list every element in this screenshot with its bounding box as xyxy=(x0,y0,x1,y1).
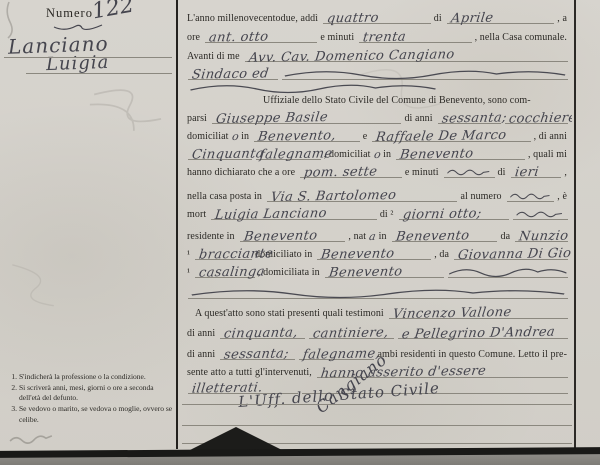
footnote-text: S'indicherà la professione o la condizio… xyxy=(19,372,174,382)
act-line: parsiGiuseppe Basiledi annisessanta;cocc… xyxy=(186,108,570,126)
pencil-scribble xyxy=(2,0,16,40)
blank-line: sessanta; xyxy=(220,344,295,360)
handwritten-entry: e Pellegrino D'Andrea xyxy=(401,325,556,343)
blank-line: Luigia Lanciano xyxy=(211,204,377,220)
blank-line: quattro xyxy=(323,8,431,24)
footnote-item: 1.S'indicherà la professione o la condiz… xyxy=(6,372,174,382)
handwritten-entry: quattro xyxy=(326,11,380,27)
blank-line: falegname xyxy=(256,144,320,160)
handwritten-entry: Via S. Bartolomeo xyxy=(270,188,397,205)
handwritten-entry: Giovanna Di Gio xyxy=(457,246,572,263)
printed-text: , quali mi xyxy=(527,149,570,162)
handwritten-entry: Vincenzo Vallone xyxy=(392,305,513,322)
handwritten-entry: Benevento xyxy=(328,264,403,280)
handwritten-entry: Benevento, xyxy=(257,128,337,144)
blank-line: Cinquanta xyxy=(188,144,252,160)
printed-text: L'anno millenovecentodue, addì xyxy=(186,13,321,26)
blank-line: Benevento xyxy=(240,226,346,242)
handwritten-entry: Aprile xyxy=(450,11,494,27)
printed-text: in xyxy=(378,231,390,244)
act-line: hanno dichiarato che a orepom. settee mi… xyxy=(186,162,570,180)
printed-text: di xyxy=(433,13,445,26)
handwritten-entry: Benevento xyxy=(243,228,318,244)
act-line: ¹casalinga, domiciliata inBenevento xyxy=(186,262,570,280)
blank-line: Vincenzo Vallone xyxy=(389,303,568,319)
blank-line: Raffaele De Marco xyxy=(372,126,530,142)
blank-line: Giuseppe Basile xyxy=(212,108,402,124)
footnote-item: 2.Si scriverà anni, mesi, giorni o ore a… xyxy=(6,383,174,403)
handwritten-entry: cantiniere, xyxy=(312,325,389,341)
printed-text: , a xyxy=(556,13,570,26)
numero-label: Numero xyxy=(46,6,93,21)
handwritten-entry: Luigia Lanciano xyxy=(214,206,328,223)
squiggle-mark xyxy=(513,204,568,220)
act-line: oreant. ottoe minutitrenta, nella Casa c… xyxy=(186,27,570,45)
printed-text: , da xyxy=(433,249,452,262)
act-line: nella casa posta inVia S. Bartolomeoal n… xyxy=(186,186,570,204)
footnote-number: 3. xyxy=(6,404,19,424)
printed-text: , di anni xyxy=(533,131,570,144)
printed-text: e minuti xyxy=(404,167,442,180)
printed-text: , nella Casa comunale. xyxy=(474,32,570,45)
printed-text: nella casa posta in xyxy=(186,191,265,204)
printed-text: di xyxy=(497,167,509,180)
blank-line: Benevento xyxy=(317,244,431,260)
blank-line: Benevento xyxy=(325,262,445,278)
blank-line: cantiniere, xyxy=(309,323,394,339)
blank-line: Via S. Bartolomeo xyxy=(267,186,458,202)
printed-text: , nat xyxy=(347,231,369,244)
printed-text: e minuti xyxy=(319,32,357,45)
printed-text: di anni xyxy=(186,349,218,362)
printed-text: in xyxy=(240,131,252,144)
handwritten-entry: Benevento xyxy=(399,146,474,162)
handwritten-entry: casalinga xyxy=(198,264,266,280)
blank-line: falegname, xyxy=(299,344,374,360)
blank-line: pom. sette xyxy=(300,162,402,178)
printed-text: di ² xyxy=(379,209,397,222)
blank-line: Benevento xyxy=(392,226,498,242)
right-margin-rule xyxy=(574,0,576,448)
blank-line: cocchiere, xyxy=(505,108,568,124)
blank-line: Nunzio xyxy=(515,226,568,242)
printed-text: in xyxy=(382,149,394,162)
footnote-text: Se vedovo o marito, se vedova o moglie, … xyxy=(19,404,174,424)
printed-text: domiciliat xyxy=(186,131,232,144)
act-line: Cinquantafalegname, domiciliatoinBeneven… xyxy=(186,144,570,162)
printed-text: Avanti di me xyxy=(186,51,243,64)
handwritten-entry: Cinquanta xyxy=(191,146,265,162)
handwritten-entry: cinquanta, xyxy=(223,325,299,341)
act-line: mortLuigia Lancianodi ²giorni otto; xyxy=(186,204,570,222)
blank-line: Giovanna Di Gio xyxy=(454,244,568,260)
form-footnotes: 1.S'indicherà la professione o la condiz… xyxy=(6,372,174,426)
blank-line: ieri xyxy=(511,162,562,178)
flourish-stroke xyxy=(448,262,568,278)
blank-line: cinquanta, xyxy=(220,323,305,339)
handwritten-entry: Benevento xyxy=(320,246,395,262)
printed-text: A quest'atto sono stati presenti quali t… xyxy=(194,308,387,321)
footnote-number: 1. xyxy=(6,372,19,382)
deceased-firstname: Luigia xyxy=(46,52,110,75)
column-divider-rule xyxy=(176,0,178,449)
pencil-scribble xyxy=(8,431,55,447)
printed-text: ambi residenti in questo Comune. Letto i… xyxy=(376,349,570,362)
printed-text: , domiciliata in xyxy=(257,267,323,280)
handwritten-entry: bracciante xyxy=(198,246,274,262)
blank-line: Benevento, xyxy=(254,126,360,142)
handwritten-entry: pom. sette xyxy=(303,164,378,180)
printed-text: ¹ xyxy=(186,249,193,262)
printed-text: e xyxy=(362,131,371,144)
blank-line: ant. otto xyxy=(205,27,317,43)
flourish-stroke xyxy=(188,283,568,299)
handwritten-entry: Giuseppe Basile xyxy=(215,110,329,127)
blank-line: trenta xyxy=(359,27,471,43)
printed-text: al numero xyxy=(459,191,504,204)
blank-line: e Pellegrino D'Andrea xyxy=(398,323,568,339)
blank-line: Aprile xyxy=(447,8,555,24)
ruled-line xyxy=(182,425,572,426)
flourish-stroke xyxy=(52,22,104,32)
handwritten-entry: o xyxy=(373,148,384,162)
squiggle-mark xyxy=(444,162,495,178)
register-page: Numero 122 Lanciano Luigia 1.S'indicherà… xyxy=(0,0,600,465)
act-line: L'anno millenovecentodue, addìquattrodiA… xyxy=(186,8,570,26)
handwritten-entry: Nunzio xyxy=(518,229,569,245)
act-line: A quest'atto sono stati presenti quali t… xyxy=(186,303,570,321)
printed-text: di anni xyxy=(186,328,218,341)
margin-column: Numero 122 Lanciano Luigia 1.S'indicherà… xyxy=(0,0,176,465)
handwritten-entry: Benevento xyxy=(395,228,470,244)
handwritten-entry: sessanta; xyxy=(223,346,290,362)
handwritten-entry: Raffaele De Marco xyxy=(375,128,507,145)
footnote-text: Si scriverà anni, mesi, giorni o ore a s… xyxy=(19,383,174,403)
printed-text: ¹ xyxy=(186,267,193,280)
blank-line: sessanta; xyxy=(438,108,501,124)
printed-text: ore xyxy=(186,32,203,45)
act-line: residente inBenevento, natainBeneventoda… xyxy=(186,226,570,244)
blank-line: giorni otto; xyxy=(399,204,509,220)
handwritten-entry: cocchiere, xyxy=(508,110,572,126)
handwritten-entry: ant. otto xyxy=(208,29,269,45)
act-line: di annicinquanta,cantiniere,e Pellegrino… xyxy=(186,323,570,341)
handwritten-entry: giorni otto; xyxy=(401,206,481,222)
footnote-number: 2. xyxy=(6,383,19,403)
handwritten-entry: ieri xyxy=(514,165,540,180)
printed-text: mort xyxy=(186,209,209,222)
footnote-item: 3.Se vedovo o marito, se vedova o moglie… xyxy=(6,404,174,424)
blank-line: casalinga xyxy=(195,262,255,278)
printed-text: parsi xyxy=(186,113,210,126)
act-number: 122 xyxy=(90,0,136,24)
handwritten-entry: sessanta; xyxy=(441,110,508,126)
printed-text: da xyxy=(499,231,513,244)
act-line: ¹bracciantedomiciliato inBenevento, daGi… xyxy=(186,244,570,262)
printed-text: hanno dichiarato che a ore xyxy=(186,167,298,180)
printed-text: , è xyxy=(556,191,570,204)
page-corner-fold xyxy=(188,427,284,451)
act-line xyxy=(186,283,570,301)
squiggle-mark xyxy=(507,186,555,202)
act-line: domiciliatoinBenevento,eRaffaele De Marc… xyxy=(186,126,570,144)
blank-line: Benevento xyxy=(396,144,525,160)
printed-text: residente in xyxy=(186,231,238,244)
handwritten-entry: o xyxy=(231,130,242,144)
blank-line: bracciante xyxy=(195,244,252,260)
handwritten-entry: falegname xyxy=(259,146,333,162)
ruled-line xyxy=(4,57,172,58)
printed-text: , xyxy=(563,167,570,180)
ruled-line xyxy=(182,404,572,405)
